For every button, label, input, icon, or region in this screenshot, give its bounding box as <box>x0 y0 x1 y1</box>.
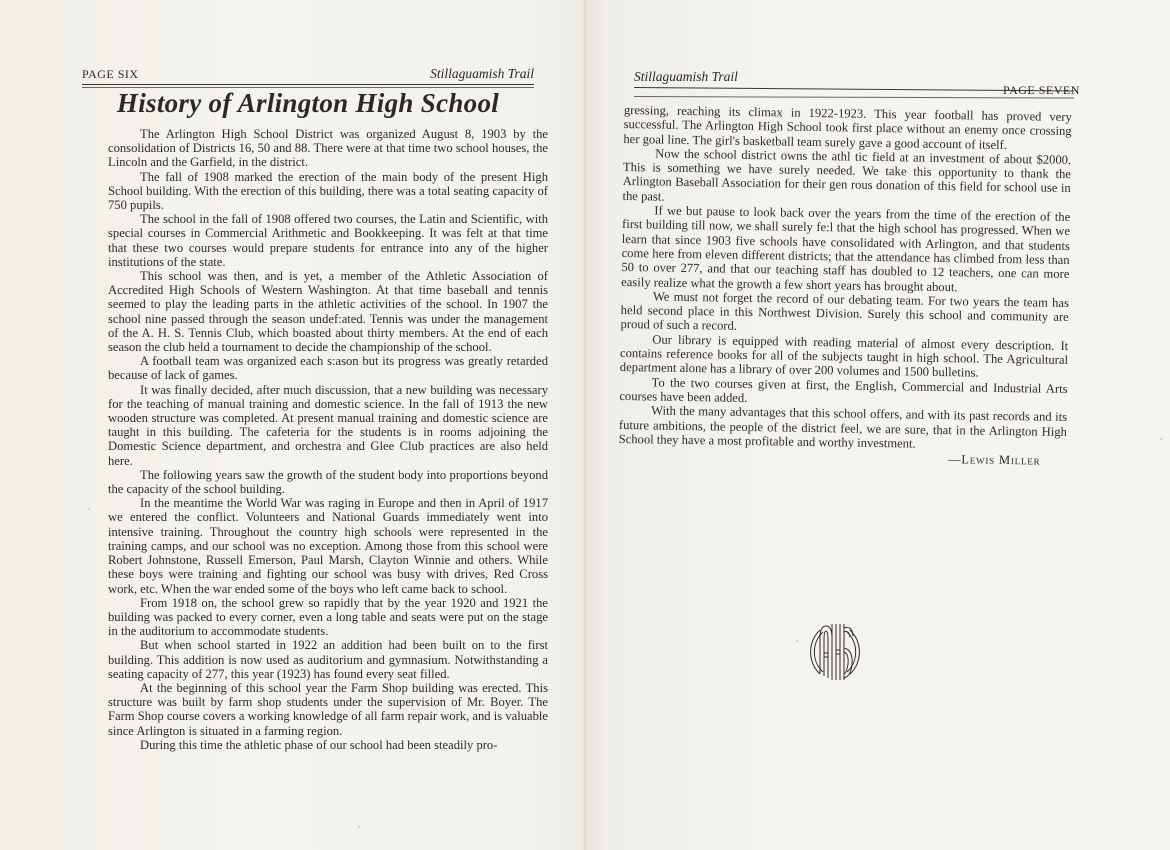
paragraph: This school was then, and is yet, a memb… <box>108 269 548 354</box>
paragraph: With the many advantages that this schoo… <box>619 403 1068 453</box>
paper-speck <box>358 826 360 828</box>
right-article-body: gressing, reaching its climax in 1922-19… <box>618 103 1072 468</box>
paper-speck <box>796 640 798 642</box>
left-running-title: Stillaguamish Trail <box>430 66 534 82</box>
paragraph: During this time the athletic phase of o… <box>108 738 548 752</box>
paragraph: It was finally decided, after much discu… <box>108 383 548 468</box>
continued-paragraph: gressing, reaching its climax in 1922-19… <box>623 103 1072 153</box>
paragraph: If we but pause to look back over the ye… <box>621 203 1070 296</box>
paragraph: The school in the fall of 1908 offered t… <box>108 212 548 269</box>
paragraph: The fall of 1908 marked the erection of … <box>108 170 548 213</box>
left-page-number: PAGE SIX <box>82 67 139 82</box>
paragraph: But when school started in 1922 an addit… <box>108 638 548 681</box>
paragraph: A football team was organized each s:aso… <box>108 354 548 382</box>
paragraph: The Arlington High School District was o… <box>108 127 548 170</box>
paragraph: In the meantime the World War was raging… <box>108 496 548 595</box>
paragraph: We must not forget the record of our deb… <box>620 289 1069 339</box>
paragraph: The following years saw the growth of th… <box>108 468 548 496</box>
paper-speck <box>88 508 90 510</box>
paragraph: Our library is equipped with reading mat… <box>620 332 1069 382</box>
left-running-head: PAGE SIX Stillaguamish Trail <box>82 66 534 82</box>
right-running-title: Stillaguamish Trail <box>634 69 738 85</box>
paragraph: Now the school district owns the athl ti… <box>622 146 1071 210</box>
left-header-rule <box>82 84 534 85</box>
article-title: History of Arlington High School <box>82 88 534 119</box>
left-article-body: The Arlington High School District was o… <box>108 127 548 752</box>
paragraph: At the beginning of this school year the… <box>108 681 548 738</box>
paper-speck <box>1160 438 1162 440</box>
ahs-monogram-icon <box>806 620 864 684</box>
book-spine <box>583 0 587 850</box>
paragraph: From 1918 on, the school grew so rapidly… <box>108 596 548 639</box>
